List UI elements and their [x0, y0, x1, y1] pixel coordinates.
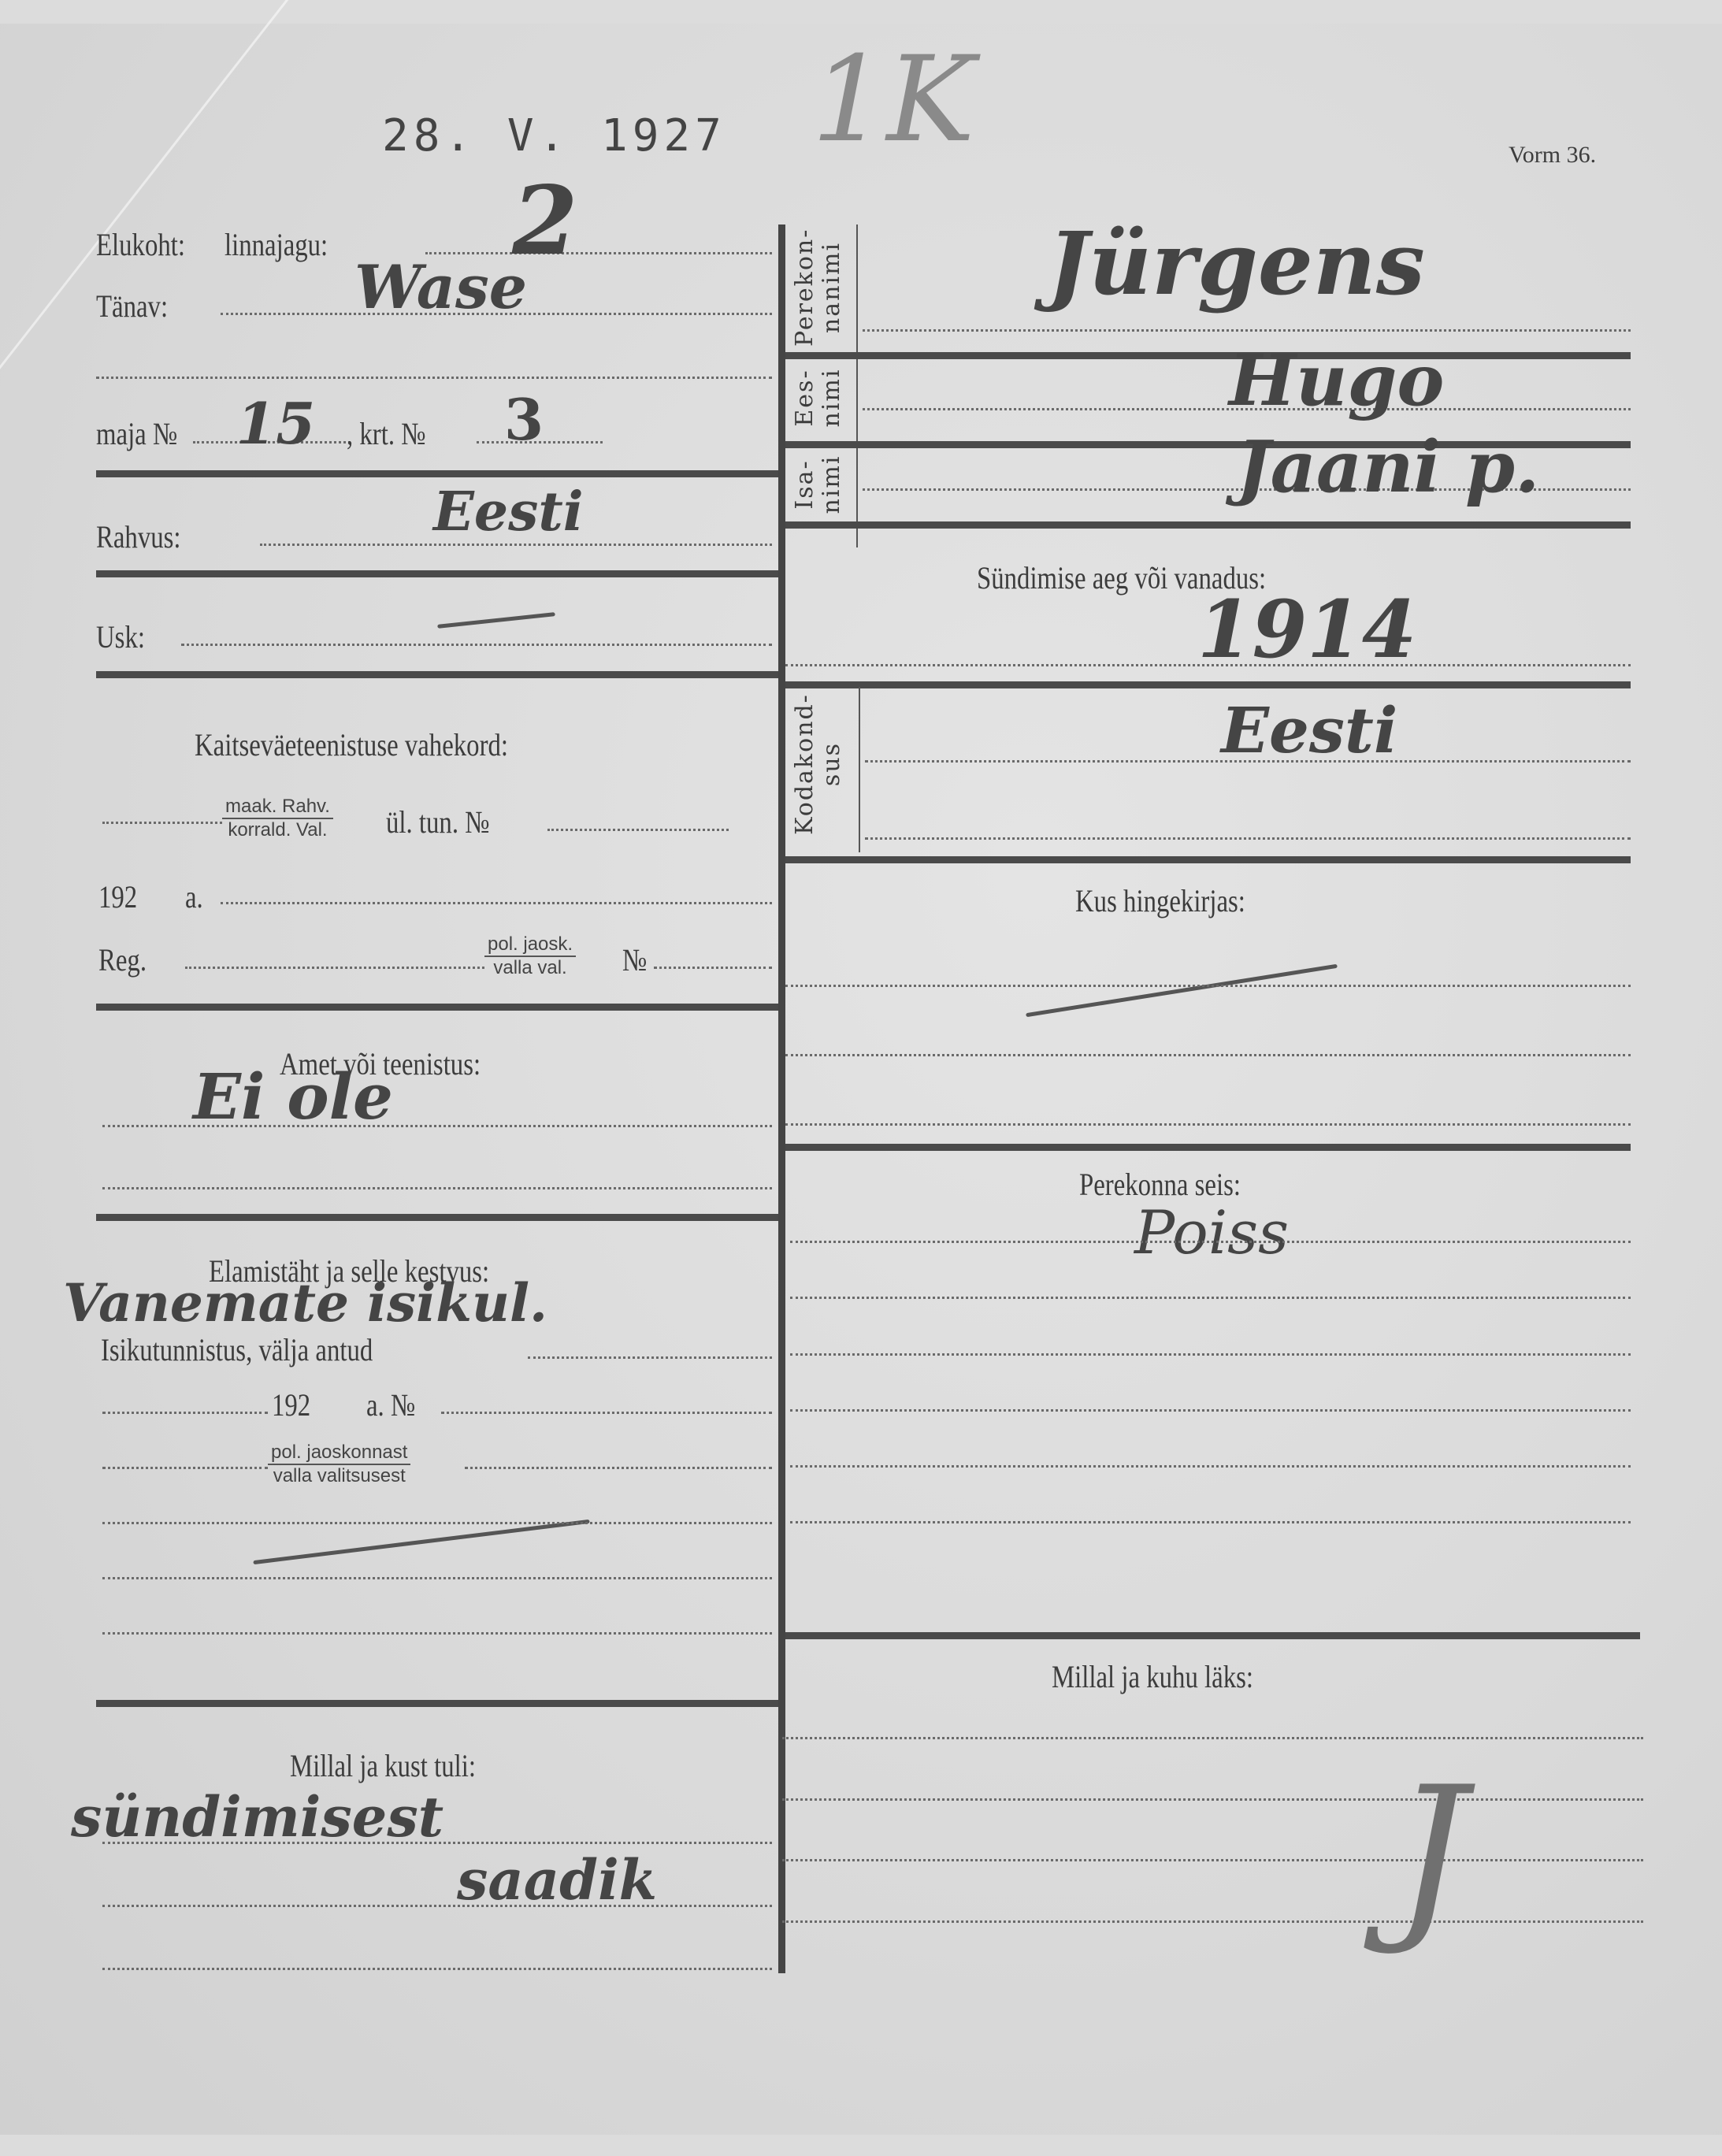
marital-line-5 [790, 1465, 1631, 1468]
fraction-pol-valla: pol. jaosk. valla val. [484, 933, 576, 979]
tanav-value: Wase [354, 252, 527, 322]
poll-register-heading: Kus hingekirjas: [1075, 882, 1282, 919]
label-usk: Usk: [96, 618, 156, 655]
usk-line [181, 644, 772, 646]
section-rule [96, 1700, 778, 1707]
departure-heading: Millal ja kuhu läks: [1052, 1658, 1297, 1695]
ul-tun-line [547, 829, 729, 831]
section-rule [96, 671, 778, 678]
military-heading: Kaitseväeteenistuse vahekord: [195, 726, 577, 763]
surname-line [863, 329, 1631, 332]
label-linnajagu: linnajagu: [225, 226, 351, 263]
label-reg: Reg. [98, 941, 157, 978]
label-surname: Perekon-nanimi [792, 228, 845, 347]
label-krt: , krt. № [347, 415, 443, 452]
surname-value: Jürgens [1048, 213, 1425, 314]
label-father-name: Isa-nimi [792, 445, 845, 524]
birth-line [785, 664, 1631, 666]
id-issued-line [528, 1356, 772, 1359]
pencil-mark: 1K [811, 32, 975, 169]
poll-register-line-2 [785, 1054, 1631, 1056]
label-first-name: Ees-nimi [792, 358, 845, 437]
form-number: Vorm 36. [1509, 142, 1596, 169]
arrival-line-3 [102, 1968, 772, 1970]
residence-permit-value: Vanemate isikul. [63, 1272, 547, 1334]
label-year-192: 192 [98, 878, 146, 915]
marital-status-value: Poiss [1134, 1197, 1289, 1267]
date-stamp: 28. V. 1927 [382, 110, 726, 161]
name-label-divider [856, 225, 858, 547]
id-line-4 [102, 1577, 772, 1579]
maja-value: 15 [236, 390, 315, 457]
birth-value: 1914 [1197, 583, 1416, 676]
fraction-maak-korrald: maak. Rahv. korrald. Val. [222, 796, 333, 841]
rahvus-line [260, 544, 772, 546]
departure-line-4 [782, 1920, 1643, 1923]
id-line-3 [102, 1522, 772, 1524]
arrival-line-1 [102, 1842, 772, 1844]
citizenship-value: Eesti [1221, 693, 1397, 767]
occupation-line-1 [102, 1125, 772, 1127]
id-label-year-192: 192 [272, 1386, 319, 1423]
arrival-heading: Millal ja kust tuli: [290, 1747, 517, 1784]
section-rule [785, 681, 1631, 688]
military-line-1 [102, 822, 222, 824]
address-extra-line [96, 377, 772, 379]
departure-value: J [1394, 1749, 1467, 1959]
fraction-pol-valla-valitsusest: pol. jaoskonnast valla valitsusest [268, 1442, 410, 1487]
label-ul-tun: ül. tun. № [386, 803, 512, 841]
krt-value: 3 [504, 386, 544, 453]
citizenship-line-1 [865, 760, 1631, 763]
marital-line-1 [790, 1241, 1631, 1243]
departure-line-3 [782, 1859, 1643, 1861]
id-office-line-left [102, 1467, 268, 1469]
poll-register-line-1 [785, 985, 1631, 987]
first-name-value: Hugo [1229, 339, 1444, 422]
section-rule [785, 521, 1631, 529]
label-a: a. [185, 878, 207, 915]
arrival-value-line-2: saadik [457, 1847, 657, 1913]
arrival-line-2 [102, 1905, 772, 1907]
id-year-line-left [102, 1412, 268, 1414]
label-isikutunnistus: Isikutunnistus, välja antud [101, 1331, 432, 1368]
section-rule [96, 1004, 778, 1011]
label-elukoht: Elukoht: [96, 226, 205, 263]
column-divider [778, 225, 785, 1973]
year-line [221, 902, 772, 904]
id-line-5 [102, 1632, 772, 1635]
label-no: № [622, 941, 652, 978]
section-rule [785, 856, 1631, 863]
label-citizenship: Kodakond-sus [792, 685, 845, 843]
marital-line-4 [790, 1409, 1631, 1412]
arrival-value-line-1: sündimisest [71, 1784, 443, 1850]
father-name-value: Jaani p. [1237, 425, 1539, 509]
departure-line-2 [782, 1798, 1643, 1801]
label-rahvus: Rahvus: [96, 518, 199, 555]
occupation-line-2 [102, 1187, 772, 1189]
occupation-value: Ei ole [193, 1059, 393, 1134]
marital-line-3 [790, 1353, 1631, 1356]
section-rule [96, 470, 778, 477]
label-tanav: Tänav: [96, 288, 184, 325]
reg-line [185, 967, 484, 969]
poll-register-line-3 [785, 1123, 1631, 1126]
id-label-a-no: a. № [366, 1386, 426, 1423]
departure-line-1 [782, 1737, 1643, 1739]
rahvus-value: Eesti [433, 481, 584, 544]
section-rule [785, 1144, 1631, 1151]
citizenship-label-divider [859, 687, 860, 852]
citizenship-line-2 [865, 837, 1631, 840]
section-rule [96, 1214, 778, 1221]
label-maja: maja № [96, 415, 195, 452]
reg-no-line [654, 967, 772, 969]
marital-line-2 [790, 1297, 1631, 1299]
section-rule [96, 570, 778, 577]
section-rule [785, 352, 1631, 359]
marital-line-6 [790, 1521, 1631, 1523]
id-office-line-right [465, 1467, 772, 1469]
section-rule [785, 1632, 1640, 1639]
id-no-line [441, 1412, 772, 1414]
